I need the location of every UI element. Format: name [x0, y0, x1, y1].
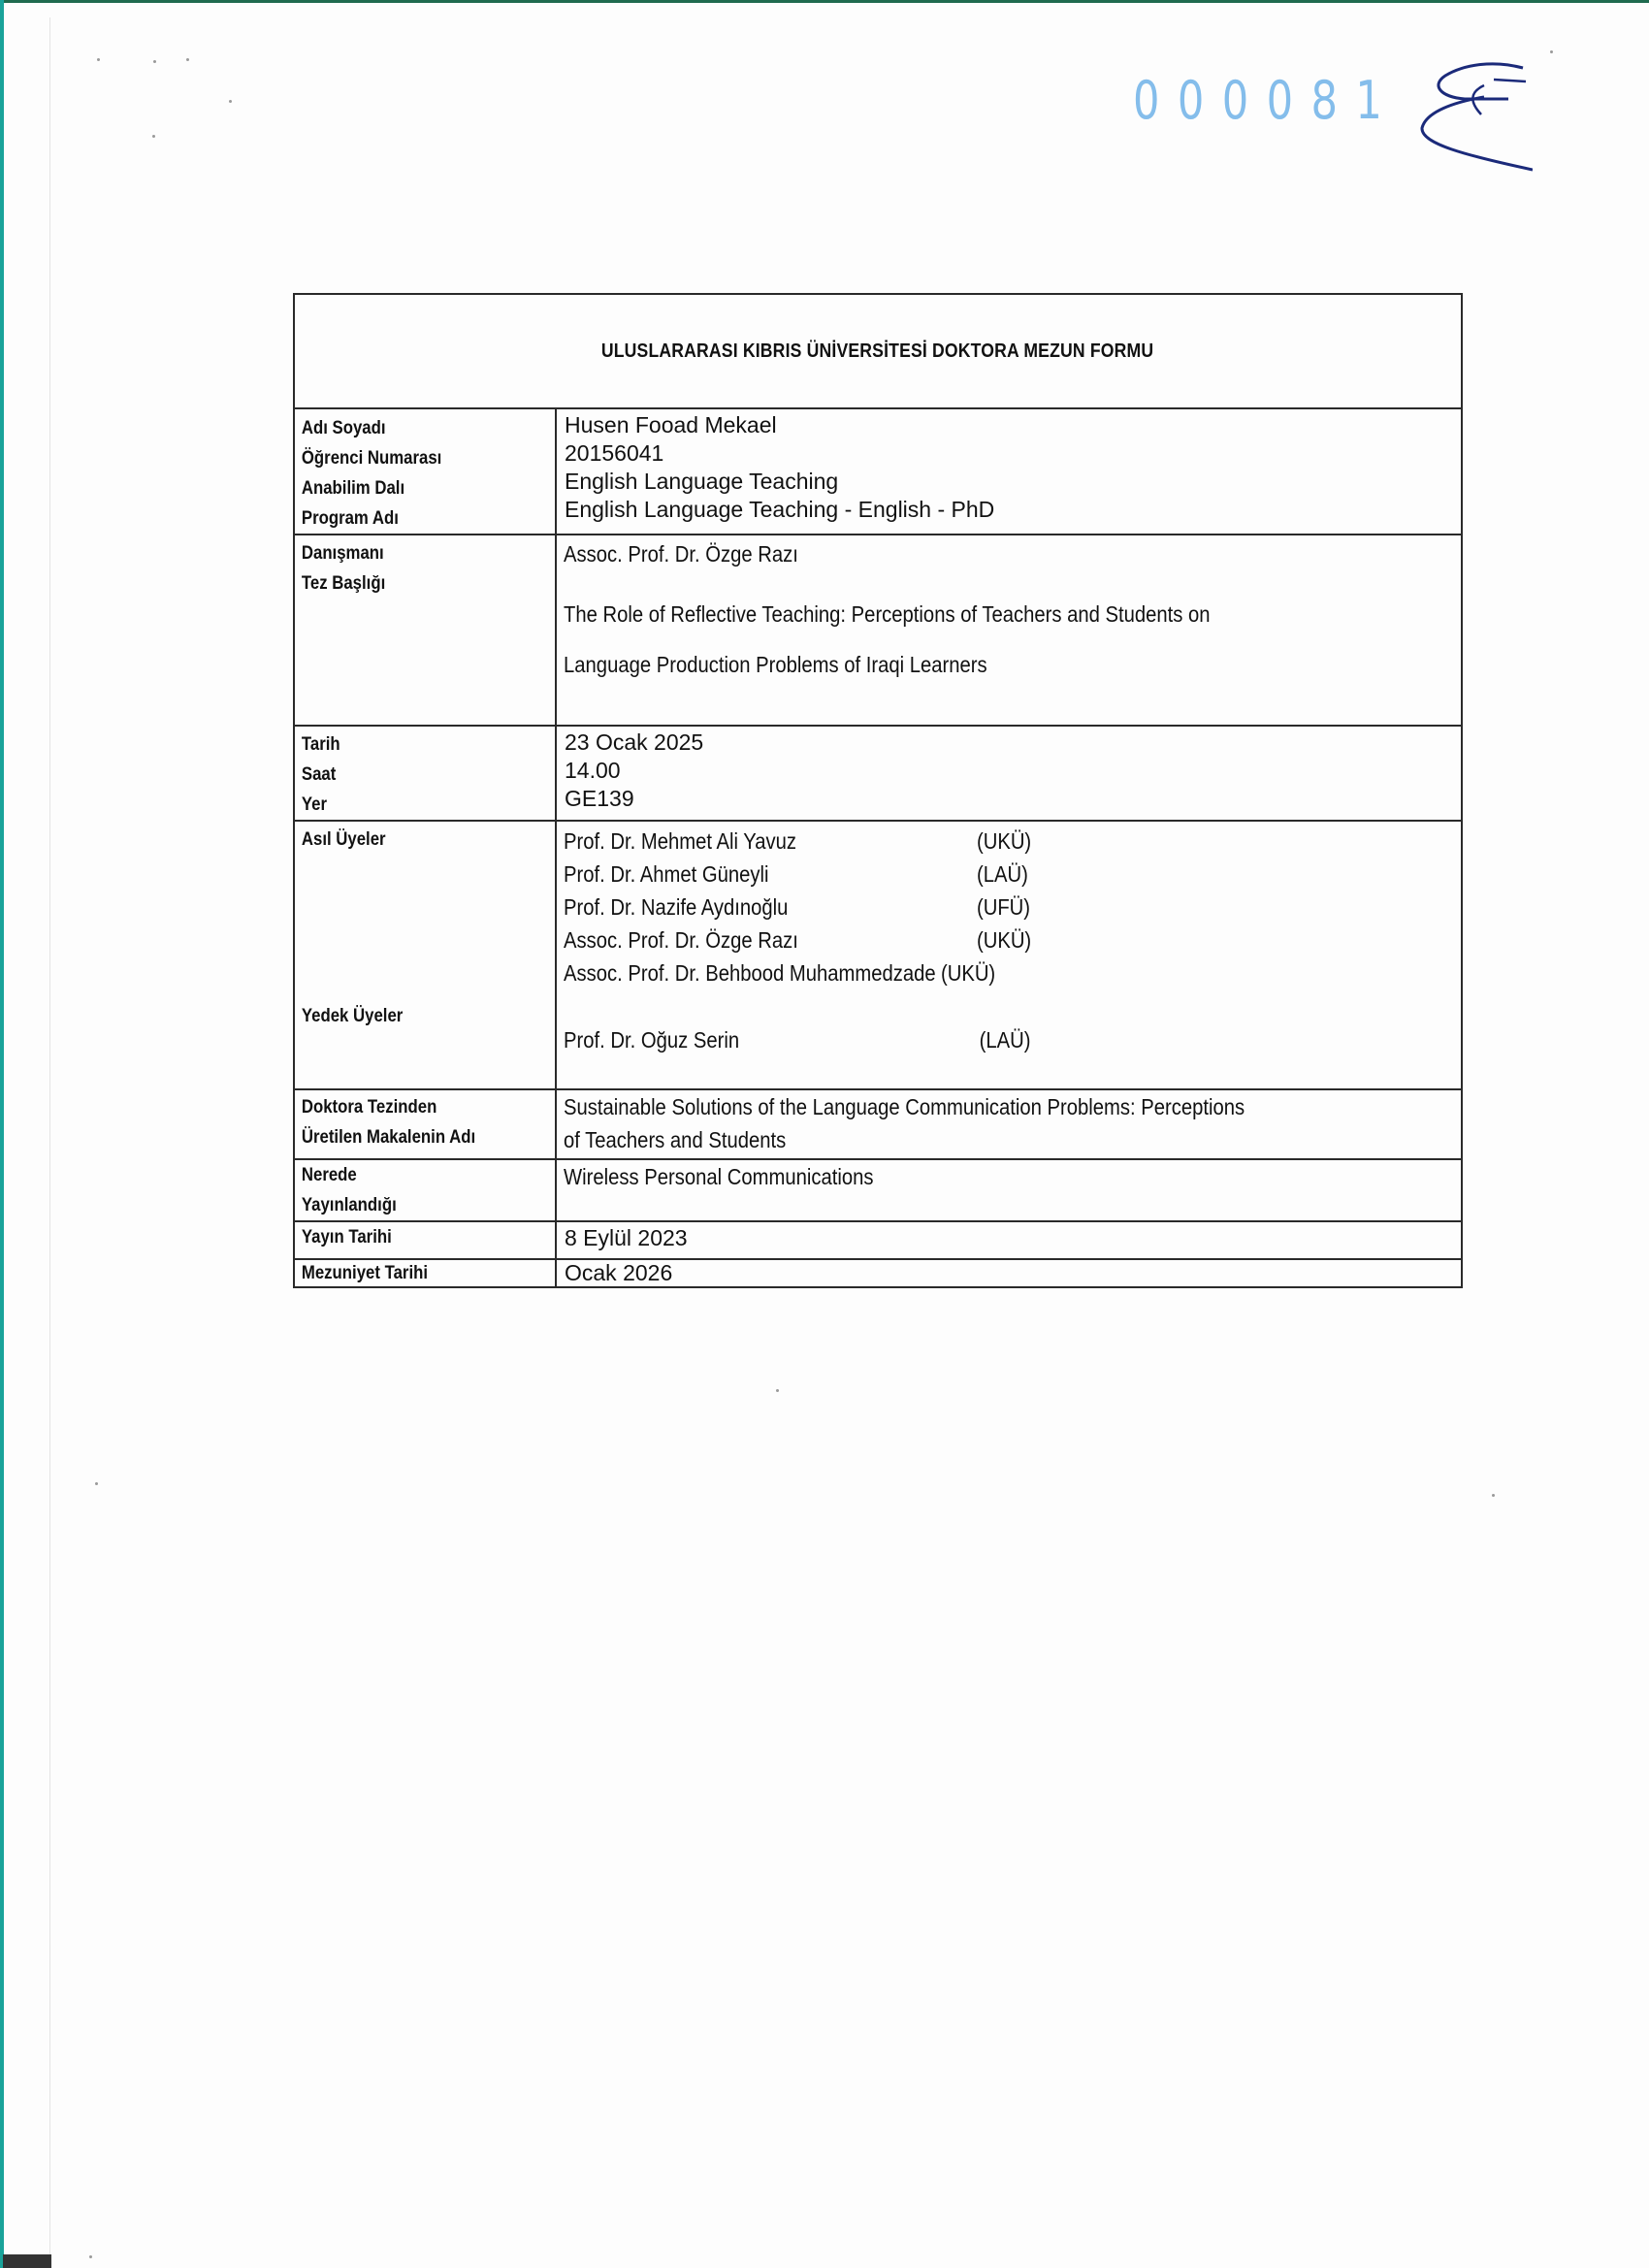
form-title-row: ULUSLARARASI KIBRIS ÜNİVERSİTESİ DOKTORA…	[294, 294, 1462, 408]
label-venue-line-1: Nerede	[295, 1160, 518, 1190]
label-location: Yer	[295, 790, 518, 820]
advisor-thesis-row: Danışmanı Tez Başlığı Assoc. Prof. Dr. Ö…	[294, 535, 1462, 726]
article-title-line-1: Sustainable Solutions of the Language Co…	[557, 1090, 1352, 1123]
graduation-date: Ocak 2026	[557, 1260, 1461, 1286]
label-student-number: Öğrenci Numarası	[295, 443, 518, 473]
main-member: Prof. Dr. Nazife Aydınoğlu (UFÜ)	[557, 891, 1352, 923]
student-info-row: Adı Soyadı Öğrenci Numarası Anabilim Dal…	[294, 408, 1462, 535]
publication-date: 8 Eylül 2023	[557, 1222, 1461, 1253]
scan-edge-top	[0, 0, 1649, 3]
scan-corner-shadow	[3, 2254, 51, 2268]
label-department: Anabilim Dalı	[295, 473, 518, 503]
thesis-title-line-1: The Role of Reflective Teaching: Percept…	[557, 598, 1352, 631]
student-name: Husen Fooad Mekael	[557, 411, 1461, 439]
label-date: Tarih	[295, 729, 518, 760]
defense-info-row: Tarih Saat Yer 23 Ocak 2025 14.00 GE139	[294, 726, 1462, 821]
student-number: 20156041	[557, 439, 1461, 468]
graduation-form-table: ULUSLARARASI KIBRIS ÜNİVERSİTESİ DOKTORA…	[293, 293, 1463, 1288]
publication-date-row: Yayın Tarihi 8 Eylül 2023	[294, 1221, 1462, 1259]
defense-time: 14.00	[557, 757, 1461, 785]
label-article-line-2: Üretilen Makalenin Adı	[295, 1122, 518, 1152]
label-graduation-date: Mezuniyet Tarihi	[295, 1260, 518, 1286]
label-time: Saat	[295, 760, 518, 790]
label-venue-line-2: Yayınlandığı	[295, 1190, 518, 1220]
defense-location: GE139	[557, 785, 1461, 813]
main-member: Prof. Dr. Ahmet Güneyli (LAÜ)	[557, 858, 1352, 891]
document-number-stamp: 000081	[1133, 70, 1400, 131]
main-member: Assoc. Prof. Dr. Özge Razı (UKÜ)	[557, 923, 1352, 956]
article-title-line-2: of Teachers and Students	[557, 1123, 1352, 1156]
label-publication-date: Yayın Tarihi	[295, 1222, 518, 1252]
label-substitute-members: Yedek Üyeler	[295, 1001, 403, 1031]
substitute-member: Prof. Dr. Oğuz Serin (LAÜ)	[557, 1023, 1352, 1056]
main-member: Assoc. Prof. Dr. Behbood Muhammedzade (U…	[557, 956, 1352, 989]
page-fold-line	[49, 17, 50, 2258]
defense-date: 23 Ocak 2025	[557, 729, 1461, 757]
form-title: ULUSLARARASI KIBRIS ÜNİVERSİTESİ DOKTORA…	[601, 340, 1153, 363]
signature-icon	[1387, 58, 1533, 184]
scan-edge-left	[0, 0, 4, 2268]
thesis-title-line-2: Language Production Problems of Iraqi Le…	[557, 648, 1352, 681]
publication-venue: Wireless Personal Communications	[557, 1160, 1352, 1193]
advisor-name: Assoc. Prof. Dr. Özge Razı	[557, 537, 1352, 570]
form-title-cell: ULUSLARARASI KIBRIS ÜNİVERSİTESİ DOKTORA…	[294, 294, 1462, 408]
article-row: Doktora Tezinden Üretilen Makalenin Adı …	[294, 1089, 1462, 1159]
label-advisor: Danışmanı	[295, 538, 518, 568]
label-article-line-1: Doktora Tezinden	[295, 1092, 518, 1122]
label-main-members: Asıl Üyeler	[295, 825, 518, 855]
label-name: Adı Soyadı	[295, 413, 518, 443]
graduation-date-row: Mezuniyet Tarihi Ocak 2026	[294, 1259, 1462, 1287]
label-thesis-title: Tez Başlığı	[295, 568, 518, 599]
publication-venue-row: Nerede Yayınlandığı Wireless Personal Co…	[294, 1159, 1462, 1221]
main-member: Prof. Dr. Mehmet Ali Yavuz (UKÜ)	[557, 825, 1352, 858]
program: English Language Teaching - English - Ph…	[557, 496, 1461, 524]
label-program: Program Adı	[295, 503, 518, 534]
committee-row: Asıl Üyeler Yedek Üyeler Prof. Dr. Mehme…	[294, 821, 1462, 1089]
department: English Language Teaching	[557, 468, 1461, 496]
